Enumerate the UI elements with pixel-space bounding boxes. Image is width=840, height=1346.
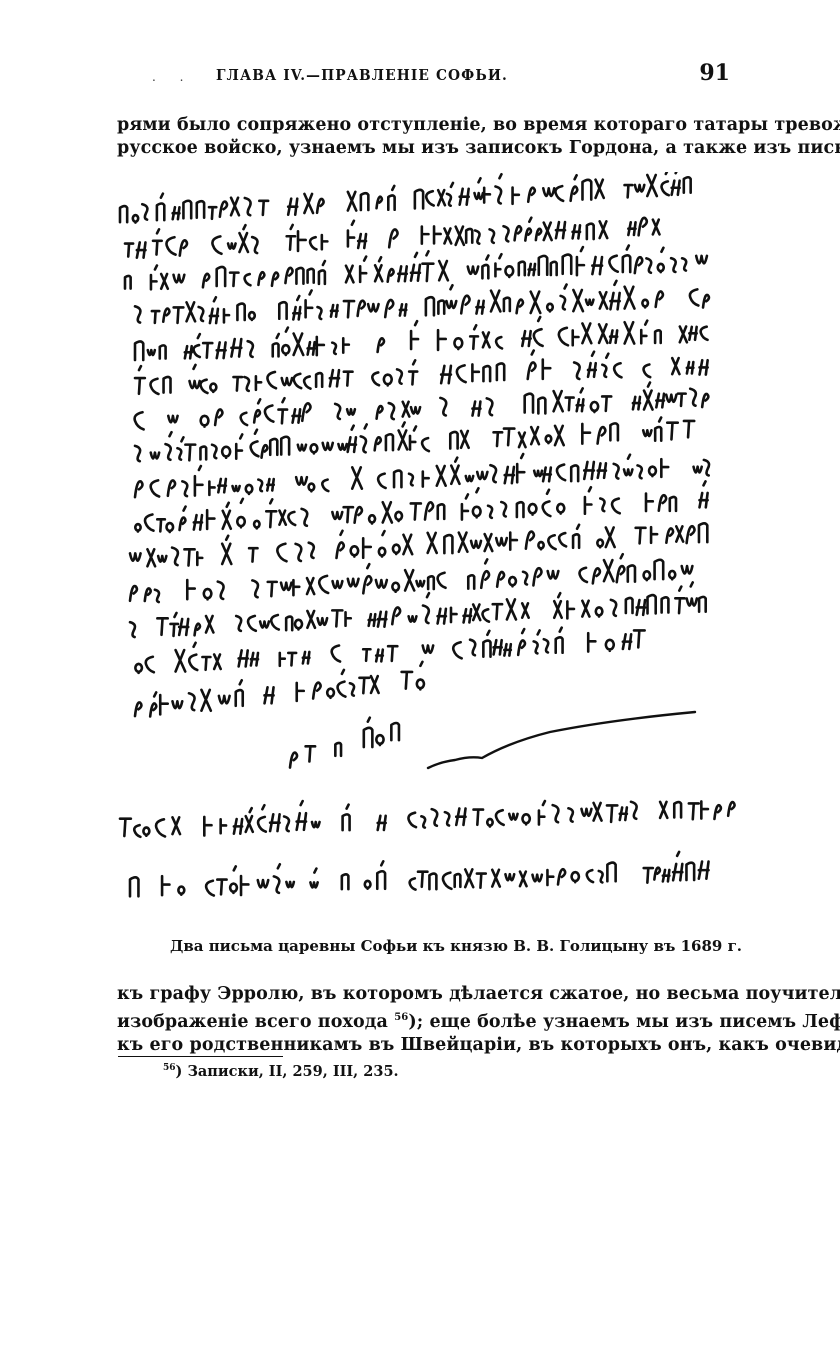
cipher-manuscript-facsimile — [110, 172, 740, 932]
figure-caption: Два письма царевны Софьи къ князю В. В. … — [170, 937, 690, 955]
chapter-title: ГЛАВА IV.—ПРАВЛЕНІЕ СОФЬИ. — [216, 66, 508, 84]
running-head-marks: . . — [152, 70, 193, 84]
text-line: къ его родственникамъ въ Швейцаріи, въ к… — [117, 1034, 729, 1057]
body-paragraph-bottom: къ графу Эрролю, въ которомъ дѣлается сж… — [117, 983, 729, 1057]
running-head: . . ГЛАВА IV.—ПРАВЛЕНІЕ СОФЬИ. 91 — [120, 66, 730, 90]
text-fragment: ); еще болѣе узнаемъ мы изъ писемъ Лефор… — [408, 1012, 840, 1032]
text-fragment: изображеніе всего похода — [117, 1012, 388, 1032]
text-line: рями было сопряжено отступленіе, во врем… — [117, 114, 729, 137]
handwritten-cipher-image — [110, 172, 740, 932]
footnote-text: ) Записки, II, 259, III, 235. — [176, 1063, 399, 1080]
page-number: 91 — [699, 60, 730, 86]
text-line: изображеніе всего похода 56); еще болѣе … — [117, 1006, 729, 1034]
text-line: русское войско, узнаемъ мы изъ записокъ … — [117, 137, 729, 160]
book-page: . . ГЛАВА IV.—ПРАВЛЕНІЕ СОФЬИ. 91 рями б… — [0, 0, 840, 1346]
text-line: къ графу Эрролю, въ которомъ дѣлается сж… — [117, 983, 729, 1006]
footnote: 56) Записки, II, 259, III, 235. — [163, 1063, 399, 1080]
footnote-marker: 56 — [163, 1063, 176, 1073]
body-paragraph-top: рями было сопряжено отступленіе, во врем… — [117, 114, 729, 160]
footnote-reference[interactable]: 56 — [394, 1012, 408, 1023]
footnote-divider — [118, 1056, 283, 1057]
